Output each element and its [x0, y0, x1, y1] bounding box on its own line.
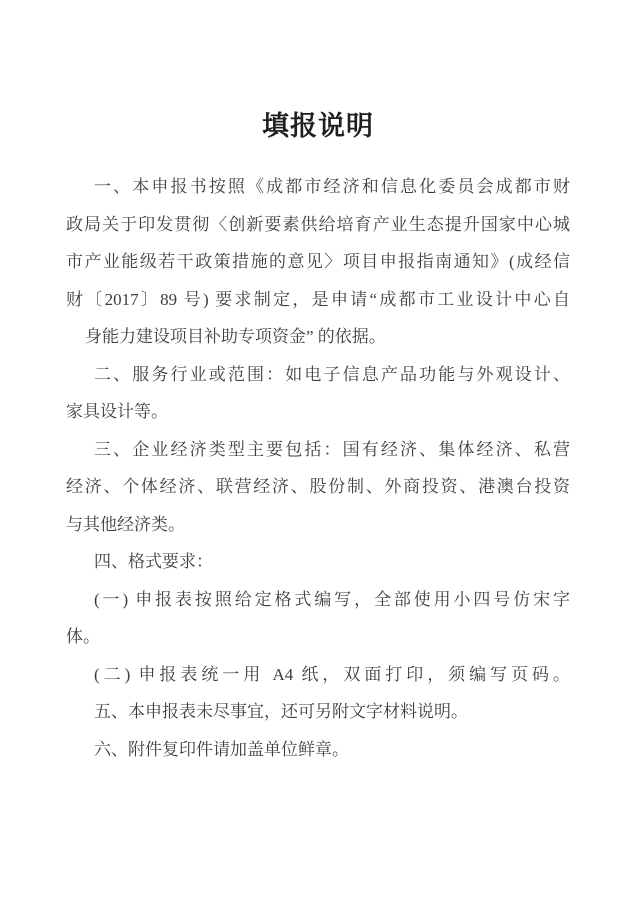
text-line: 六、附件复印件请加盖单位鲜章。: [66, 731, 570, 769]
text-line: 政局关于印发贯彻〈创新要素供给培育产业生态提升国家中心城: [66, 206, 570, 244]
text-line: 体。: [66, 618, 570, 656]
text-line: 市产业能级若干政策措施的意见〉项目申报指南通知》(成经信: [66, 243, 570, 281]
text-line: 家具设计等。: [66, 393, 570, 431]
text-line: 五、本申报表未尽事宜，还可另附文字材料说明。: [66, 693, 570, 731]
paragraph: (一) 申报表按照给定格式编写，全部使用小四号仿宋字体。: [66, 581, 570, 656]
paragraph: 一、本申报书按照《成都市经济和信息化委员会成都市财政局关于印发贯彻〈创新要素供给…: [66, 168, 570, 356]
text-line: 经济、个体经济、联营经济、股份制、外商投资、港澳台投资: [66, 468, 570, 506]
paragraph: 四、格式要求：: [66, 543, 570, 581]
text-line: (二) 申报表统一用 A4 纸，双面打印，须编写页码。: [66, 656, 570, 694]
text-line: 财〔2017〕89 号) 要求制定，是申请“成都市工业设计中心自: [66, 281, 570, 319]
text-line: 与其他经济类。: [66, 506, 570, 544]
text-line: 身能力建设项目补助专项资金” 的依据。: [66, 318, 570, 356]
text-line: (一) 申报表按照给定格式编写，全部使用小四号仿宋字: [66, 581, 570, 619]
paragraph: 六、附件复印件请加盖单位鲜章。: [66, 731, 570, 769]
paragraph: 五、本申报表未尽事宜，还可另附文字材料说明。: [66, 693, 570, 731]
document-body: 一、本申报书按照《成都市经济和信息化委员会成都市财政局关于印发贯彻〈创新要素供给…: [66, 168, 570, 768]
document-page: 填报说明 一、本申报书按照《成都市经济和信息化委员会成都市财政局关于印发贯彻〈创…: [0, 0, 636, 900]
text-line: 一、本申报书按照《成都市经济和信息化委员会成都市财: [66, 168, 570, 206]
paragraph: (二) 申报表统一用 A4 纸，双面打印，须编写页码。: [66, 656, 570, 694]
document-title: 填报说明: [0, 109, 636, 143]
text-line: 二、服务行业或范围：如电子信息产品功能与外观设计、: [66, 356, 570, 394]
paragraph: 三、企业经济类型主要包括：国有经济、集体经济、私营经济、个体经济、联营经济、股份…: [66, 431, 570, 544]
text-line: 三、企业经济类型主要包括：国有经济、集体经济、私营: [66, 431, 570, 469]
text-line: 四、格式要求：: [66, 543, 570, 581]
paragraph: 二、服务行业或范围：如电子信息产品功能与外观设计、家具设计等。: [66, 356, 570, 431]
